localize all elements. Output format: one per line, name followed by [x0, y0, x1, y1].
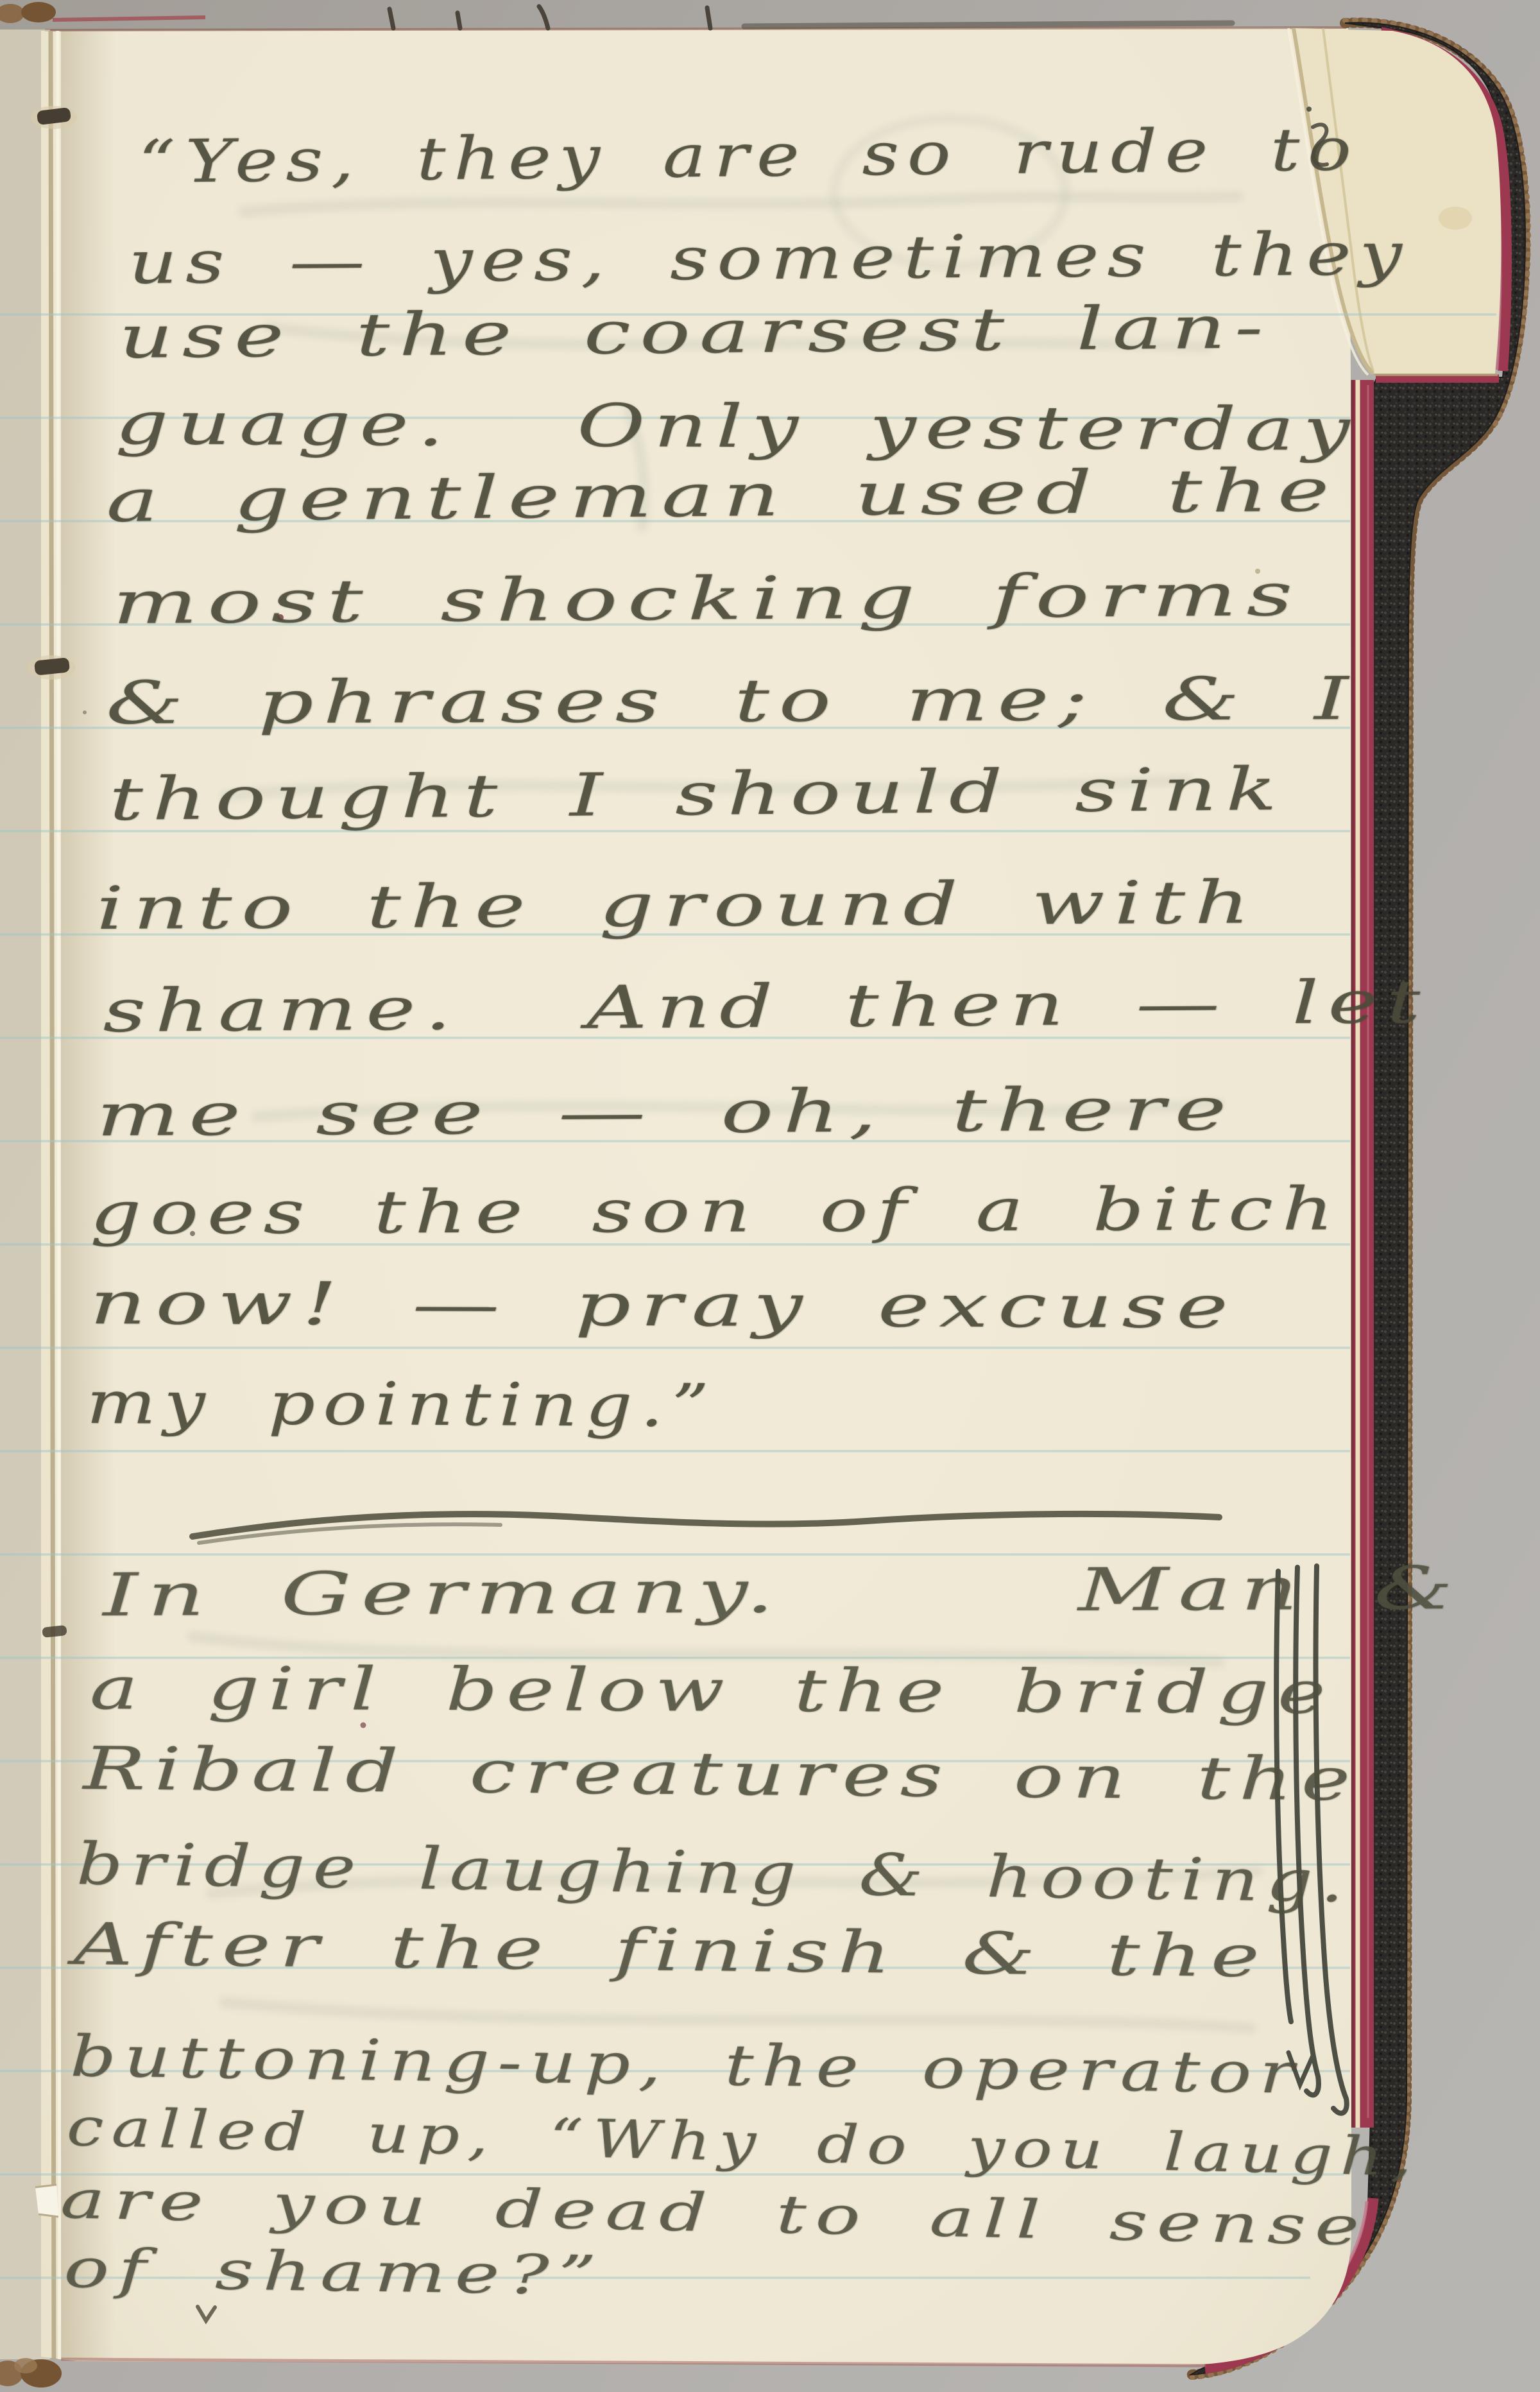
handwriting-line-14: my pointing.”	[86, 1372, 717, 1438]
stitch-thread-middle	[27, 655, 76, 680]
notebook-scan: “Yes, they are so rude to us — yes, some…	[0, 0, 1540, 2392]
handwriting-line-7: & phrases to me; & I	[106, 668, 1358, 734]
handwriting-line-17: Ribald creatures on the	[83, 1738, 1359, 1811]
handwriting-line-4: guage. Only yesterday	[115, 393, 1358, 461]
stub-stain	[1439, 207, 1472, 230]
handwriting-line-13: now! — pray excuse	[90, 1273, 1238, 1339]
handwriting-line-2: us — yes, sometimes they	[128, 223, 1410, 295]
gutter-fold-highlight	[58, 31, 60, 2359]
handwriting-line-5: a gentleman used the	[106, 460, 1339, 532]
gutter-tear-notch	[35, 2185, 58, 2217]
handwriting-line-10: shame. And then — let	[103, 972, 1430, 1043]
handwriting-line-11: me see — oh, there	[96, 1079, 1236, 1147]
handwriting-line-6: most shocking forms	[112, 564, 1303, 635]
handwriting-line-19: After the finish & the	[73, 1914, 1269, 1988]
handwriting-line-23: of shame?”	[64, 2240, 606, 2304]
stitch-thread-top	[31, 106, 77, 129]
handwriting-line-16: a girl below the bridge	[90, 1658, 1335, 1724]
handwriting-line-9: into the ground with	[96, 872, 1259, 940]
red-edge-top-left-sliver	[53, 17, 205, 20]
handwriting-line-1: “Yes, they are so rude to	[138, 119, 1360, 194]
handwriting-line-3: use the coarsest lan-	[119, 297, 1272, 368]
handwriting-line-12: goes the son of a bitch	[90, 1178, 1342, 1244]
handwriting-line-8: thought I should sink	[109, 759, 1286, 831]
facing-page-strip	[0, 30, 50, 2359]
handwriting-line-15: In Germany. Man &	[103, 1558, 1462, 1627]
gutter-fold-line	[51, 31, 54, 2359]
